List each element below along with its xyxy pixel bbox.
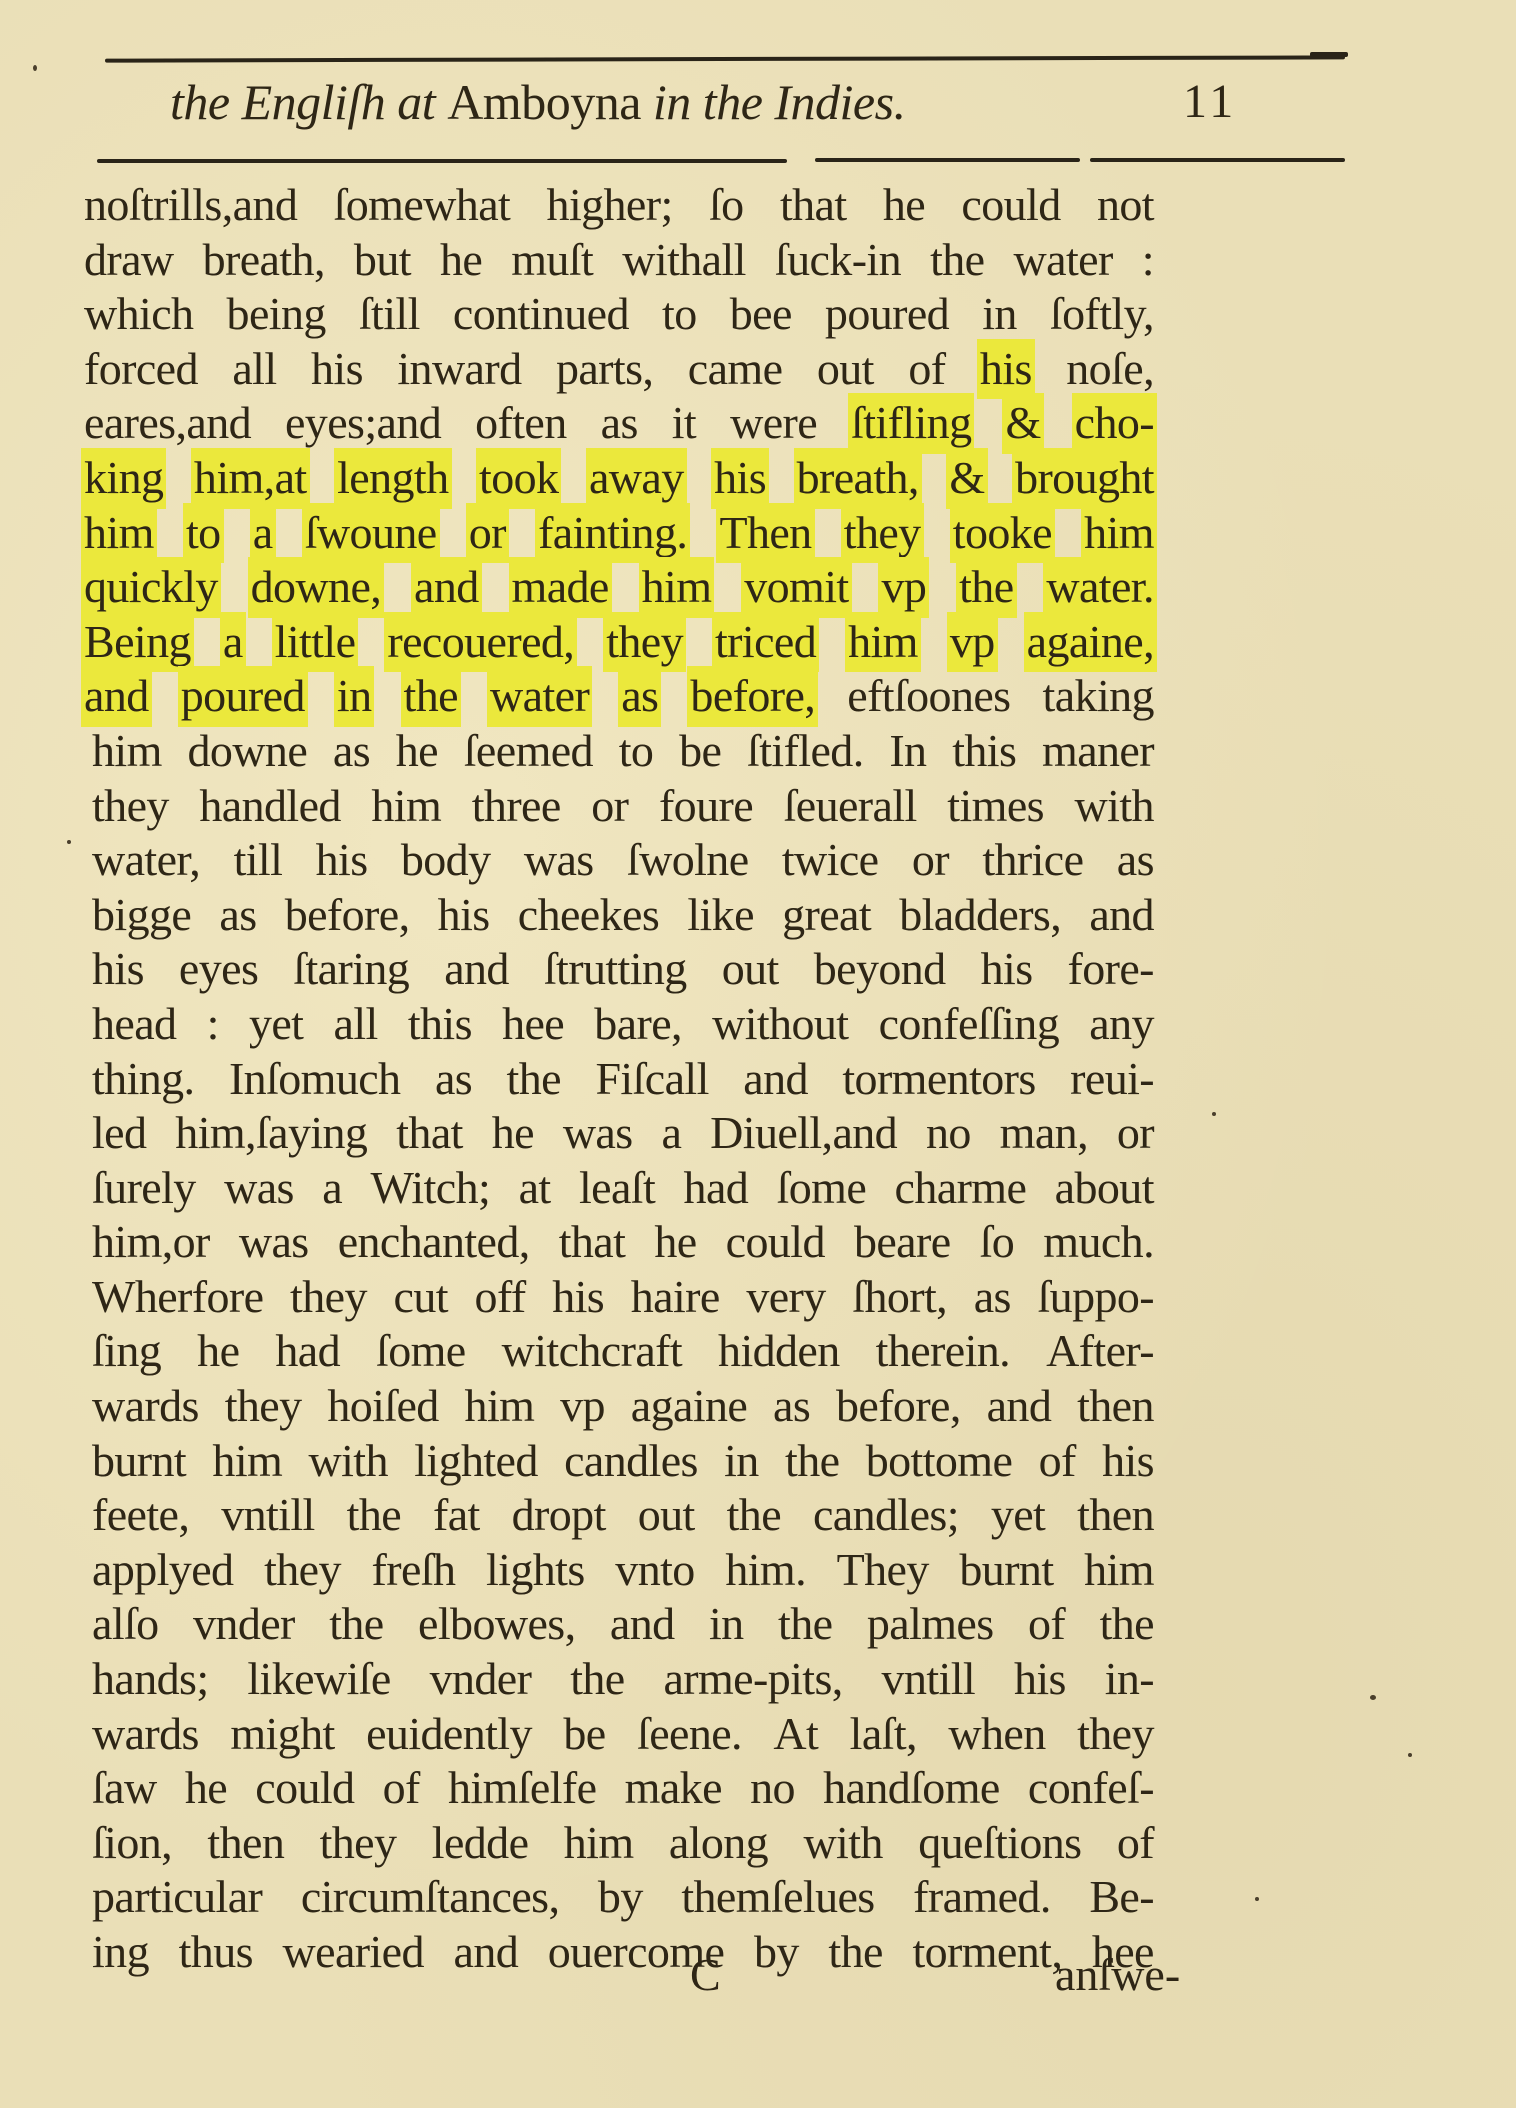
text-line: eares,andeyes;andoftenasitwereſtifling&c… [84,396,1154,451]
highlighted-word: and [414,560,479,615]
word: as [1117,833,1154,888]
word: burnt [959,1543,1053,1598]
highlighted-word: made [512,560,609,615]
word: alſo [92,1597,159,1652]
highlighted-word: him [848,615,918,670]
text-line: head:yetallthisheebare,withoutconfeſſing… [92,997,1154,1052]
highlighted-word: vomit [744,560,848,615]
word: bee [730,287,792,342]
word: beyond [814,942,946,997]
highlighted-word: water. [1046,560,1154,615]
word: the [785,1434,839,1489]
word: and [987,1379,1052,1434]
ink-speck [33,65,37,71]
word: eyes [179,942,258,997]
word: ing [92,1925,149,1980]
word: candles; [813,1488,959,1543]
word: as [974,1270,1011,1325]
word: vnto [615,1543,694,1598]
word: being [227,287,326,342]
highlighted-word: triced [715,615,816,670]
word: times [947,779,1044,834]
word: they [92,779,169,834]
word: bare, [594,997,682,1052]
word: and [454,1925,519,1980]
word: of [1039,1434,1076,1489]
word: his [552,1270,604,1325]
word: feete, [92,1488,189,1543]
highlighted-word: his [980,342,1032,397]
word: likewiſe [247,1652,390,1707]
word: charme [895,1161,1027,1216]
word: a [661,1106,681,1161]
word: ſome [376,1324,466,1379]
word: that [396,1106,463,1161]
word: himſelfe [448,1761,596,1816]
word: often [475,396,567,451]
text-line: Beingalittlerecouered,theytricedhimvpaga… [84,615,1154,670]
text-line: particularcircumſtances,bythemſeluesfram… [92,1870,1154,1925]
text-line: quicklydowne,andmadehimvomitvpthewater. [84,560,1154,615]
word: applyed [92,1543,233,1598]
word: as [219,888,256,943]
word: till [234,833,283,888]
word: without [712,997,848,1052]
highlighted-word: in [337,669,372,724]
word: about [1055,1161,1154,1216]
word: muſt [511,233,593,288]
word: they [1077,1707,1154,1762]
word: foure [659,779,753,834]
word: or [1117,1106,1154,1161]
word: continued [453,287,629,342]
word: Fiſcall [595,1052,708,1107]
highlighted-word: before, [690,669,815,724]
highlighted-word: ſwoune [305,506,437,561]
word: ſurely [92,1161,196,1216]
word: he [654,1215,696,1270]
word: handled [199,779,340,834]
ink-speck [67,840,71,844]
word: witchcraft [502,1324,682,1379]
text-line: ingthusweariedandouercomebythetorment,he… [92,1925,1154,1980]
word: his [1102,1434,1154,1489]
text-line: alſovndertheelbowes,andinthepalmesofthe [92,1597,1154,1652]
word: withall [622,233,746,288]
highlighted-word: vp [881,560,926,615]
word: to [619,724,654,779]
word: cheekes [518,888,659,943]
word: like [687,888,754,943]
word: bigge [92,888,191,943]
word: the [329,1597,383,1652]
word: therein. [876,1324,1010,1379]
word: of [383,1761,420,1816]
word: could [726,1215,825,1270]
text-line: him,orwasenchanted,thathecouldbeareſomuc… [92,1215,1154,1270]
word: haire [631,1270,720,1325]
word: the [727,1488,781,1543]
word: in- [1105,1652,1154,1707]
word: he [197,1324,239,1379]
word: ſaw [92,1761,157,1816]
highlighted-word: poured [181,669,305,724]
word: eftſoones [847,669,1010,724]
word: led [92,1106,146,1161]
word: ſtaring [293,942,409,997]
word: hidden [718,1324,840,1379]
word: eares,and [84,396,251,451]
word: ſion, [92,1816,172,1871]
word: yet [249,997,303,1052]
word: enchanted, [338,1215,530,1270]
word: along [669,1816,768,1871]
word: yet [991,1488,1045,1543]
highlighted-word: length [337,451,448,506]
ink-speck [1408,1753,1412,1757]
word: as [773,1379,810,1434]
word: poured [825,287,949,342]
word: to [662,287,697,342]
word: handſome [823,1761,1000,1816]
text-line: andpouredinthewaterasbefore,eftſoonestak… [84,669,1154,724]
highlighted-word: a [253,506,273,561]
highlighted-word: king [84,451,163,506]
word: Wherfore [92,1270,263,1325]
word: with [803,1816,882,1871]
word: out [722,942,779,997]
word: they [225,1379,302,1434]
ink-speck [1255,1897,1259,1901]
header-rule-bottom-3 [1090,158,1345,162]
word: downe [188,724,308,779]
word: came [688,342,783,397]
text-line: thing.InſomuchastheFiſcallandtormentorsr… [92,1052,1154,1107]
highlighted-word: him,at [194,451,307,506]
highlighted-word: or [469,506,506,561]
text-line: burnthimwithlightedcandlesinthebottomeof… [92,1434,1154,1489]
highlighted-word: tooke [953,506,1052,561]
word: water, [92,833,200,888]
word: by [598,1870,643,1925]
word: arme-pits, [663,1652,842,1707]
word: a [322,1161,342,1216]
word: ſo [980,1215,1015,1270]
word: out [638,1488,695,1543]
text-line: drawbreath,buthemuſtwithallſuck-inthewat… [84,233,1154,288]
word: that [780,178,847,233]
text-line: noſtrills,andſomewhathigher;ſothathecoul… [84,178,1154,233]
word: then [1077,1379,1154,1434]
text-line: hands;likewiſevnderthearme-pits,vntillhi… [92,1652,1154,1707]
word: euidently [366,1707,532,1762]
text-line: applyedtheyfreſhlightsvntohim.Theyburnth… [92,1543,1154,1598]
highlighted-word: as [621,669,658,724]
word: he [185,1761,227,1816]
word: they [320,1816,397,1871]
highlighted-word: the [959,560,1013,615]
highlighted-word: downe, [251,560,382,615]
word: bladders, [899,888,1061,943]
word: candles [564,1434,698,1489]
word: cut [394,1270,448,1325]
word: of [908,342,945,397]
word: hoiſed [327,1379,438,1434]
word: this [952,724,1016,779]
word: maner [1042,724,1154,779]
word: the [778,1597,832,1652]
text-line: hiseyesſtaringandſtruttingoutbeyondhisfo… [92,942,1154,997]
word: ſeene. [637,1707,742,1762]
text-line: ledhim,ſayingthathewasaDiuell,andnoman,o… [92,1106,1154,1161]
word: ſeemed [464,724,593,779]
word: and [743,1052,808,1107]
word: ſing [92,1324,161,1379]
word: hee [502,997,564,1052]
word: had [275,1324,340,1379]
highlighted-word: a [223,615,243,670]
word: and [1089,888,1154,943]
word: him [1084,1543,1154,1598]
word: three [472,779,561,834]
word: vp [560,1379,605,1434]
word: as [333,724,370,779]
word: leaſt [579,1161,655,1216]
word: thrice [982,833,1083,888]
word: off [475,1270,526,1325]
highlighted-word: they [844,506,921,561]
text-line: feete,vntillthefatdroptoutthecandles;yet… [92,1488,1154,1543]
word: be [563,1707,605,1762]
word: circumſtances, [301,1870,560,1925]
word: could [961,178,1060,233]
text-line: forcedallhisinwardparts,cameoutofhisnoſe… [84,342,1154,397]
highlighted-word: the [404,669,458,724]
highlighted-word: Being [84,615,191,670]
word: They [837,1543,929,1598]
text-line: biggeasbefore,hischeekeslikegreatbladder… [92,888,1154,943]
text-line: Wherforetheycutoffhishaireveryſhort,asſu… [92,1270,1154,1325]
word: he [396,724,438,779]
highlighted-word: him [642,560,712,615]
word: with [1075,779,1154,834]
highlighted-word: cho- [1075,396,1154,451]
word: dropt [512,1488,606,1543]
word: him [371,779,441,834]
word: bottome [866,1434,1013,1489]
word: any [1089,997,1154,1052]
text-line: ſawhecouldofhimſelfemakenohandſomeconfeſ… [92,1761,1154,1816]
word: reui- [1070,1052,1154,1107]
word: elbowes, [418,1597,575,1652]
word: Be- [1089,1870,1154,1925]
text-line: whichbeingſtillcontinuedtobeepouredinſof… [84,287,1154,342]
word: his [311,342,363,397]
word: ſome [777,1161,867,1216]
word: beare [854,1215,951,1270]
word: he [440,233,482,288]
word: no [750,1761,795,1816]
word: ſtifled. [747,724,864,779]
word: torment, [912,1925,1062,1980]
word: ledde [432,1816,529,1871]
word: againe [631,1379,747,1434]
highlighted-word: & [1005,396,1040,451]
running-head-part-3: in the Indies. [641,74,906,130]
highlighted-word: away [589,451,684,506]
word: confeſſing [879,997,1060,1052]
word: ſeuerall [784,779,917,834]
running-head: the Engliſh at Amboyna in the Indies. [170,72,906,132]
signature-mark: C [690,1948,721,2002]
word: hands; [92,1652,209,1707]
word: confeſ- [1028,1761,1154,1816]
word: great [782,888,871,943]
text-line: wardstheyhoiſedhimvpagaineasbefore,andth… [92,1379,1154,1434]
word: when [948,1707,1045,1762]
word: very [746,1270,825,1325]
word: In [889,724,926,779]
text-line: himtoaſwouneorfainting.Thentheytookehim [84,506,1154,561]
word: twice [782,833,879,888]
word: no [926,1106,971,1161]
header-rule-bottom-1 [97,159,787,163]
word: his [1014,1652,1066,1707]
word: fat [433,1488,480,1543]
word: taking [1043,669,1154,724]
word: they [290,1270,367,1325]
word: breath, [203,233,325,288]
word: fore- [1068,942,1154,997]
word: ſwolne [627,833,749,888]
word: then [1077,1488,1154,1543]
word: the [570,1652,624,1707]
word: noſtrills,and [84,178,297,233]
highlighted-word: to [186,506,221,561]
word: the [507,1052,561,1107]
word: parts, [556,342,653,397]
highlighted-word: quickly [84,560,218,615]
word: be [679,724,721,779]
word: Inſomuch [229,1052,401,1107]
text-line: ſion,thentheyleddehimalongwithqueſtionso… [92,1816,1154,1871]
word: him [465,1379,535,1434]
word: particular [92,1870,262,1925]
word: queſtions [918,1816,1081,1871]
word: the [930,233,984,288]
header-rule-top-end [1310,52,1348,57]
word: body [401,833,491,888]
word: might [230,1707,334,1762]
word: ſhort, [852,1270,947,1325]
word: he [883,178,925,233]
word: it [672,396,696,451]
word: eyes;and [285,396,441,451]
ink-speck [1370,1695,1376,1700]
word: which [84,287,193,342]
word: make [625,1761,722,1816]
word: him,ſaying [175,1106,367,1161]
word: him [564,1816,634,1871]
ink-speck [1212,1112,1216,1116]
word: draw [84,233,174,288]
word: him [92,724,162,779]
word: forced [84,342,198,397]
highlighted-word: breath, [797,451,919,506]
word: they [264,1543,341,1598]
word: tormentors [842,1052,1035,1107]
text-line: kinghim,atlengthtookawayhisbreath,&broug… [84,451,1154,506]
highlighted-word: recouered, [387,615,574,670]
highlighted-word: vp [950,615,995,670]
running-head-part-1: the Engliſh at [170,74,447,130]
highlighted-word: they [606,615,683,670]
word: thing. [92,1052,194,1107]
text-line: himdowneasheſeemedtobeſtifled.Inthismane… [92,724,1154,779]
word: or [591,779,628,834]
word: themſelues [681,1870,874,1925]
word: in [982,287,1017,342]
word: water [1014,233,1113,288]
word: as [601,396,638,451]
word: : [1142,233,1154,288]
word: laſt, [850,1707,917,1762]
word: before, [285,888,410,943]
text-line: water,tillhisbodywasſwolnetwiceorthricea… [92,833,1154,888]
word: was [524,833,594,888]
word: in [709,1597,744,1652]
word: framed. [913,1870,1051,1925]
word: lighted [414,1434,538,1489]
body-text: noſtrills,andſomewhathigher;ſothathecoul… [84,178,1154,1980]
word: that [559,1215,626,1270]
word: but [354,233,411,288]
word: palmes [867,1597,994,1652]
word: and [610,1597,675,1652]
word: this [408,997,472,1052]
word: wards [92,1707,199,1762]
word: him [212,1434,282,1489]
word: by [754,1925,799,1980]
highlighted-word: Then [719,506,811,561]
word: noſe, [1066,342,1154,397]
highlighted-word: and [84,669,149,724]
text-line: wardsmighteuidentlybeſeene.Atlaſt,whenth… [92,1707,1154,1762]
word: all [232,342,276,397]
word: of [1028,1597,1065,1652]
highlighted-word: brought [1015,451,1154,506]
highlighted-word: fainting. [538,506,687,561]
word: head [92,997,176,1052]
highlighted-word: & [949,451,984,506]
word: man, [1000,1106,1088,1161]
word: lights [486,1543,585,1598]
highlighted-word: water [490,669,589,724]
word: ſtill [359,287,420,342]
text-line: ſurelywasaWitch;atleaſthadſomecharmeabou… [92,1161,1154,1216]
word: ſo [709,178,744,233]
page-number: 11 [1183,72,1237,132]
word: his [438,888,490,943]
word: much. [1043,1215,1154,1270]
word: at [519,1161,551,1216]
word: all [334,997,378,1052]
word: wards [92,1379,199,1434]
word: : [207,997,219,1052]
word: Witch; [370,1161,490,1216]
word: the [828,1925,882,1980]
word: he [492,1106,534,1161]
